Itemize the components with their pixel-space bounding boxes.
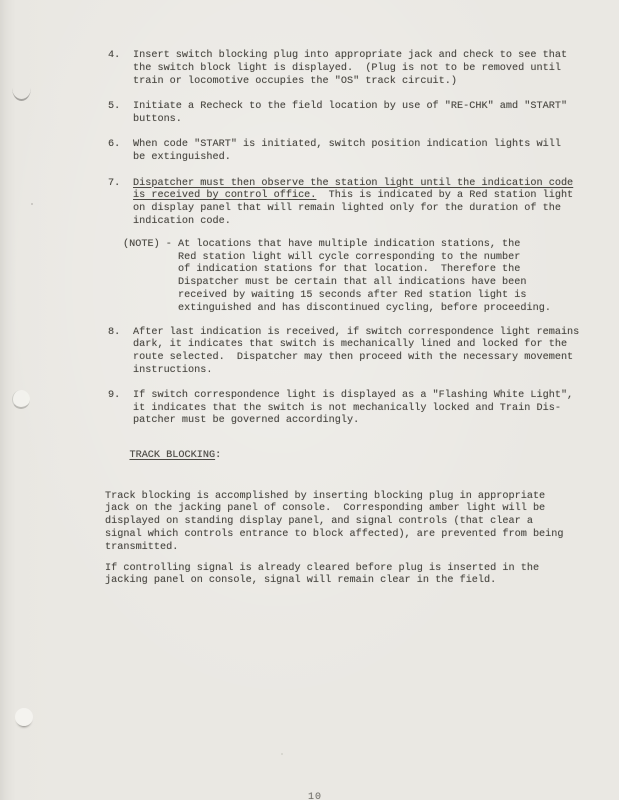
scan-speck-artifact (31, 203, 33, 205)
item-number: 9. (108, 390, 133, 428)
text-line: jack on the jacking panel of console. Co… (105, 503, 619, 516)
item-text-line: is received by control office. This is i… (133, 190, 619, 203)
item-text: Initiate a Recheck to the field location… (133, 101, 619, 127)
text-line: be extinguished. (133, 152, 619, 165)
text-line: signal which controls entrance to block … (105, 529, 619, 542)
item-text: Dispatcher must then observe the station… (133, 178, 619, 229)
item-text: If switch correspondence light is displa… (133, 390, 619, 428)
text-line: received by waiting 15 seconds after Red… (178, 290, 551, 303)
document-page: 4. Insert switch blocking plug into appr… (0, 0, 619, 800)
section-heading-text: TRACK BLOCKING (129, 450, 215, 461)
text-line: train or locomotive occupies the "OS" tr… (133, 76, 619, 89)
paragraph: If controlling signal is already cleared… (105, 563, 619, 589)
item-text-line: Dispatcher must then observe the station… (133, 178, 619, 191)
text-line: Insert switch blocking plug into appropr… (133, 50, 619, 63)
section-heading-colon: : (215, 450, 221, 461)
text-line: instructions. (133, 365, 619, 378)
text-line: Track blocking is accomplished by insert… (105, 491, 619, 504)
text-line: it indicates that the switch is not mech… (133, 403, 619, 416)
list-item-6: 6. When code "START" is initiated, switc… (108, 139, 619, 165)
item-text-line: on display panel that will remain lighte… (133, 203, 619, 216)
list-item-4: 4. Insert switch blocking plug into appr… (108, 50, 619, 88)
text-line: If controlling signal is already cleared… (105, 563, 619, 576)
underlined-text: Dispatcher must then observe the station… (133, 178, 573, 189)
item-text: Insert switch blocking plug into appropr… (133, 50, 619, 88)
text-line: extinguished and has discontinued cyclin… (178, 303, 551, 316)
note-block: (NOTE) - At locations that have multiple… (123, 239, 619, 316)
text-line: jacking panel on console, signal will re… (105, 575, 619, 588)
text-line: After last indication is received, if sw… (133, 327, 619, 340)
item-number: 6. (108, 139, 133, 165)
item-text-line: indication code. (133, 216, 619, 229)
item-text: After last indication is received, if sw… (133, 327, 619, 378)
list-item-9: 9. If switch correspondence light is dis… (108, 390, 619, 428)
plain-text: This is indicated by a Red station light (316, 190, 573, 201)
list-item-8: 8. After last indication is received, if… (108, 327, 619, 378)
underlined-text: is received by control office. (133, 190, 316, 201)
text-line: the switch block light is displayed. (Pl… (133, 63, 619, 76)
text-line: Red station light will cycle correspondi… (178, 252, 551, 265)
text-line: If switch correspondence light is displa… (133, 390, 619, 403)
section-heading: TRACK BLOCKING: (105, 437, 619, 475)
text-line: Initiate a Recheck to the field location… (133, 101, 619, 114)
paragraph: Track blocking is accomplished by insert… (105, 491, 619, 555)
text-line: of indication stations for that location… (178, 264, 551, 277)
list-item-5: 5. Initiate a Recheck to the field locat… (108, 101, 619, 127)
note-text: At locations that have multiple indicati… (178, 239, 551, 316)
scan-curl-artifact (12, 390, 30, 409)
note-prefix: (NOTE) - (123, 239, 178, 316)
list-item-7: 7. Dispatcher must then observe the stat… (108, 178, 619, 229)
scan-curl-artifact (15, 708, 33, 726)
item-number: 5. (108, 101, 133, 127)
text-line: transmitted. (105, 542, 619, 555)
text-line: route selected. Dispatcher may then proc… (133, 352, 619, 365)
item-number: 7. (108, 178, 133, 229)
text-line: buttons. (133, 114, 619, 127)
text-line: When code "START" is initiated, switch p… (133, 139, 619, 152)
scan-curl-artifact (12, 88, 31, 101)
text-line: patcher must be governed accordingly. (133, 415, 619, 428)
item-number: 4. (108, 50, 133, 88)
text-line: Dispatcher must be certain that all indi… (178, 277, 551, 290)
item-text: When code "START" is initiated, switch p… (133, 139, 619, 165)
item-number: 8. (108, 327, 133, 378)
page-number: 10 (308, 792, 322, 800)
text-line: At locations that have multiple indicati… (178, 239, 551, 252)
text-line: displayed on standing display panel, and… (105, 516, 619, 529)
text-line: dark, it indicates that switch is mechan… (133, 339, 619, 352)
